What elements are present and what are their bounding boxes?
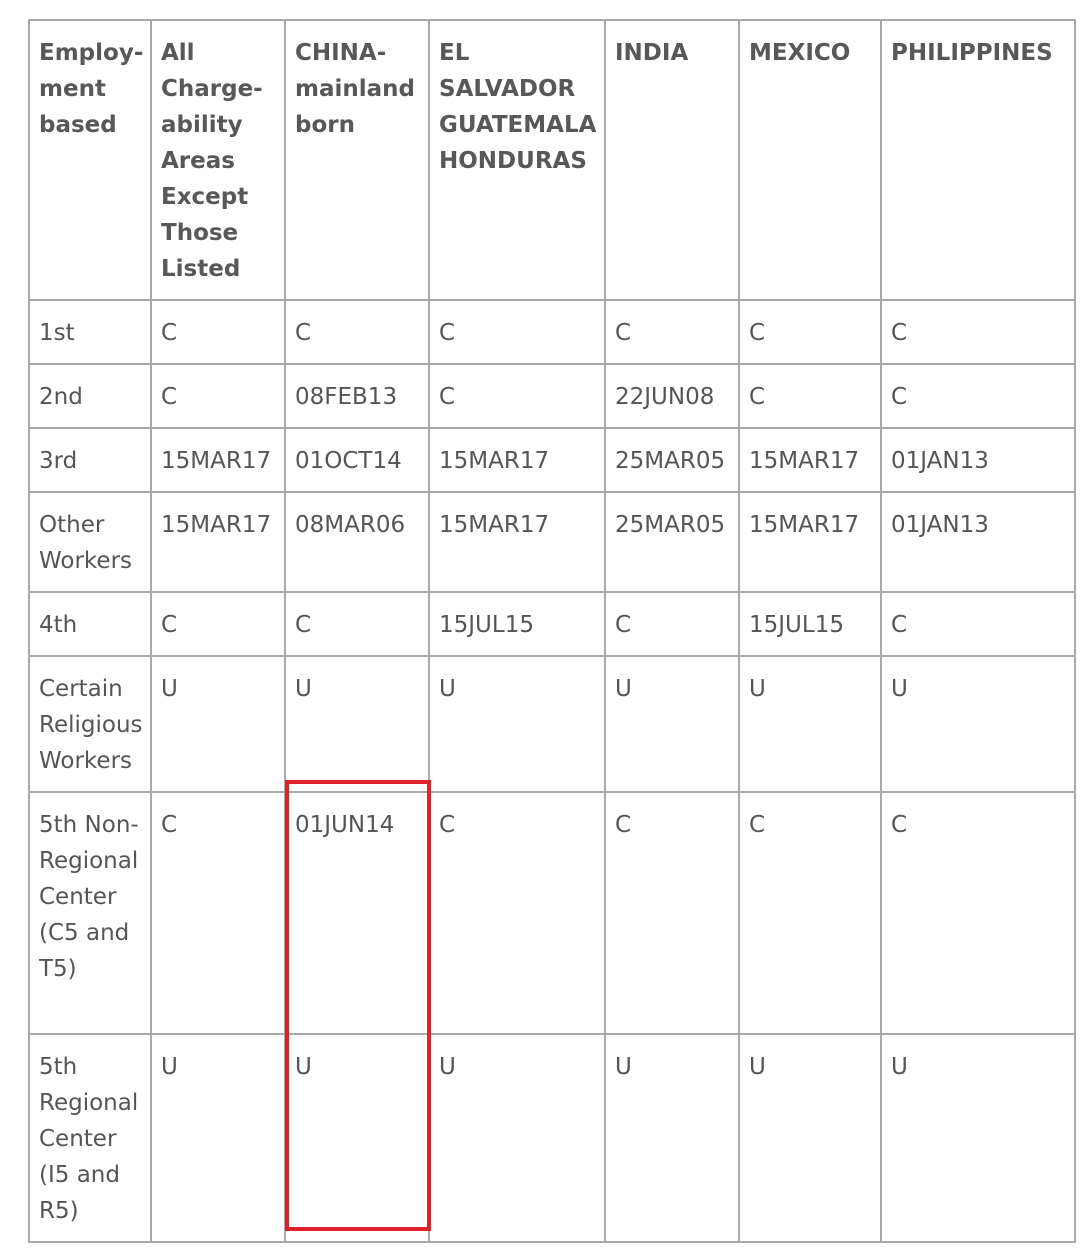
cell-all-chargeability: U	[151, 1034, 285, 1242]
table-row: Other Workers15MAR1708MAR0615MAR1725MAR0…	[29, 492, 1075, 592]
cell-el-salvador-guatemala-honduras: U	[429, 656, 605, 792]
header-row: Employ-mentbased AllCharge-abilityAreasE…	[29, 20, 1075, 300]
cell-china: 08MAR06	[285, 492, 429, 592]
cell-el-salvador-guatemala-honduras: 15JUL15	[429, 592, 605, 656]
cell-el-salvador-guatemala-honduras: U	[429, 1034, 605, 1242]
header-mexico: MEXICO	[739, 20, 881, 300]
row-category-label: 5th Regional Center (I5 and R5)	[29, 1034, 151, 1242]
cell-philippines: U	[881, 1034, 1075, 1242]
cell-all-chargeability: U	[151, 656, 285, 792]
cell-philippines: U	[881, 656, 1075, 792]
cell-el-salvador-guatemala-honduras: 15MAR17	[429, 492, 605, 592]
row-category-label: 5th Non-Regional Center (C5 and T5)	[29, 792, 151, 1034]
row-category-label: 4th	[29, 592, 151, 656]
cell-india: U	[605, 1034, 739, 1242]
cell-china: U	[285, 1034, 429, 1242]
cell-india: C	[605, 592, 739, 656]
cell-mexico: 15MAR17	[739, 428, 881, 492]
cell-el-salvador-guatemala-honduras: C	[429, 300, 605, 364]
cell-india: 25MAR05	[605, 492, 739, 592]
cell-india: 22JUN08	[605, 364, 739, 428]
cell-el-salvador-guatemala-honduras: C	[429, 792, 605, 1034]
cell-mexico: C	[739, 300, 881, 364]
cell-mexico: C	[739, 792, 881, 1034]
cell-all-chargeability: C	[151, 364, 285, 428]
table-row: 4thCC15JUL15C15JUL15C	[29, 592, 1075, 656]
row-category-label: 3rd	[29, 428, 151, 492]
cell-all-chargeability: C	[151, 592, 285, 656]
cell-philippines: C	[881, 592, 1075, 656]
cell-china: 01OCT14	[285, 428, 429, 492]
cell-india: 25MAR05	[605, 428, 739, 492]
cell-china: 08FEB13	[285, 364, 429, 428]
cell-india: U	[605, 656, 739, 792]
header-philippines: PHILIPPINES	[881, 20, 1075, 300]
cell-philippines: 01JAN13	[881, 428, 1075, 492]
cell-china: C	[285, 300, 429, 364]
table-row: 1stCCCCCC	[29, 300, 1075, 364]
header-china: CHINA-mainlandborn	[285, 20, 429, 300]
visa-bulletin-employment-table: Employ-mentbased AllCharge-abilityAreasE…	[28, 19, 1076, 1243]
cell-china: 01JUN14	[285, 792, 429, 1034]
row-category-label: Certain Religious Workers	[29, 656, 151, 792]
header-india: INDIA	[605, 20, 739, 300]
cell-all-chargeability: 15MAR17	[151, 428, 285, 492]
cell-philippines: C	[881, 364, 1075, 428]
cell-philippines: 01JAN13	[881, 492, 1075, 592]
cell-mexico: 15JUL15	[739, 592, 881, 656]
header-el-salvador-guatemala-honduras: ELSALVADORGUATEMALAHONDURAS	[429, 20, 605, 300]
cell-mexico: 15MAR17	[739, 492, 881, 592]
table-row: 5th Non-Regional Center (C5 and T5)C01JU…	[29, 792, 1075, 1034]
cell-mexico: U	[739, 656, 881, 792]
header-all-chargeability: AllCharge-abilityAreasExceptThoseListed	[151, 20, 285, 300]
cell-all-chargeability: C	[151, 300, 285, 364]
cell-all-chargeability: C	[151, 792, 285, 1034]
cell-china: C	[285, 592, 429, 656]
table-row: Certain Religious WorkersUUUUUU	[29, 656, 1075, 792]
cell-all-chargeability: 15MAR17	[151, 492, 285, 592]
cell-el-salvador-guatemala-honduras: C	[429, 364, 605, 428]
cell-philippines: C	[881, 300, 1075, 364]
cell-india: C	[605, 792, 739, 1034]
row-category-label: Other Workers	[29, 492, 151, 592]
row-category-label: 2nd	[29, 364, 151, 428]
header-employment-based: Employ-mentbased	[29, 20, 151, 300]
cell-el-salvador-guatemala-honduras: 15MAR17	[429, 428, 605, 492]
table-row: 5th Regional Center (I5 and R5)UUUUUU	[29, 1034, 1075, 1242]
table-row: 3rd15MAR1701OCT1415MAR1725MAR0515MAR1701…	[29, 428, 1075, 492]
row-category-label: 1st	[29, 300, 151, 364]
cell-mexico: U	[739, 1034, 881, 1242]
cell-china: U	[285, 656, 429, 792]
cell-philippines: C	[881, 792, 1075, 1034]
cell-mexico: C	[739, 364, 881, 428]
table-row: 2ndC08FEB13C22JUN08CC	[29, 364, 1075, 428]
cell-india: C	[605, 300, 739, 364]
